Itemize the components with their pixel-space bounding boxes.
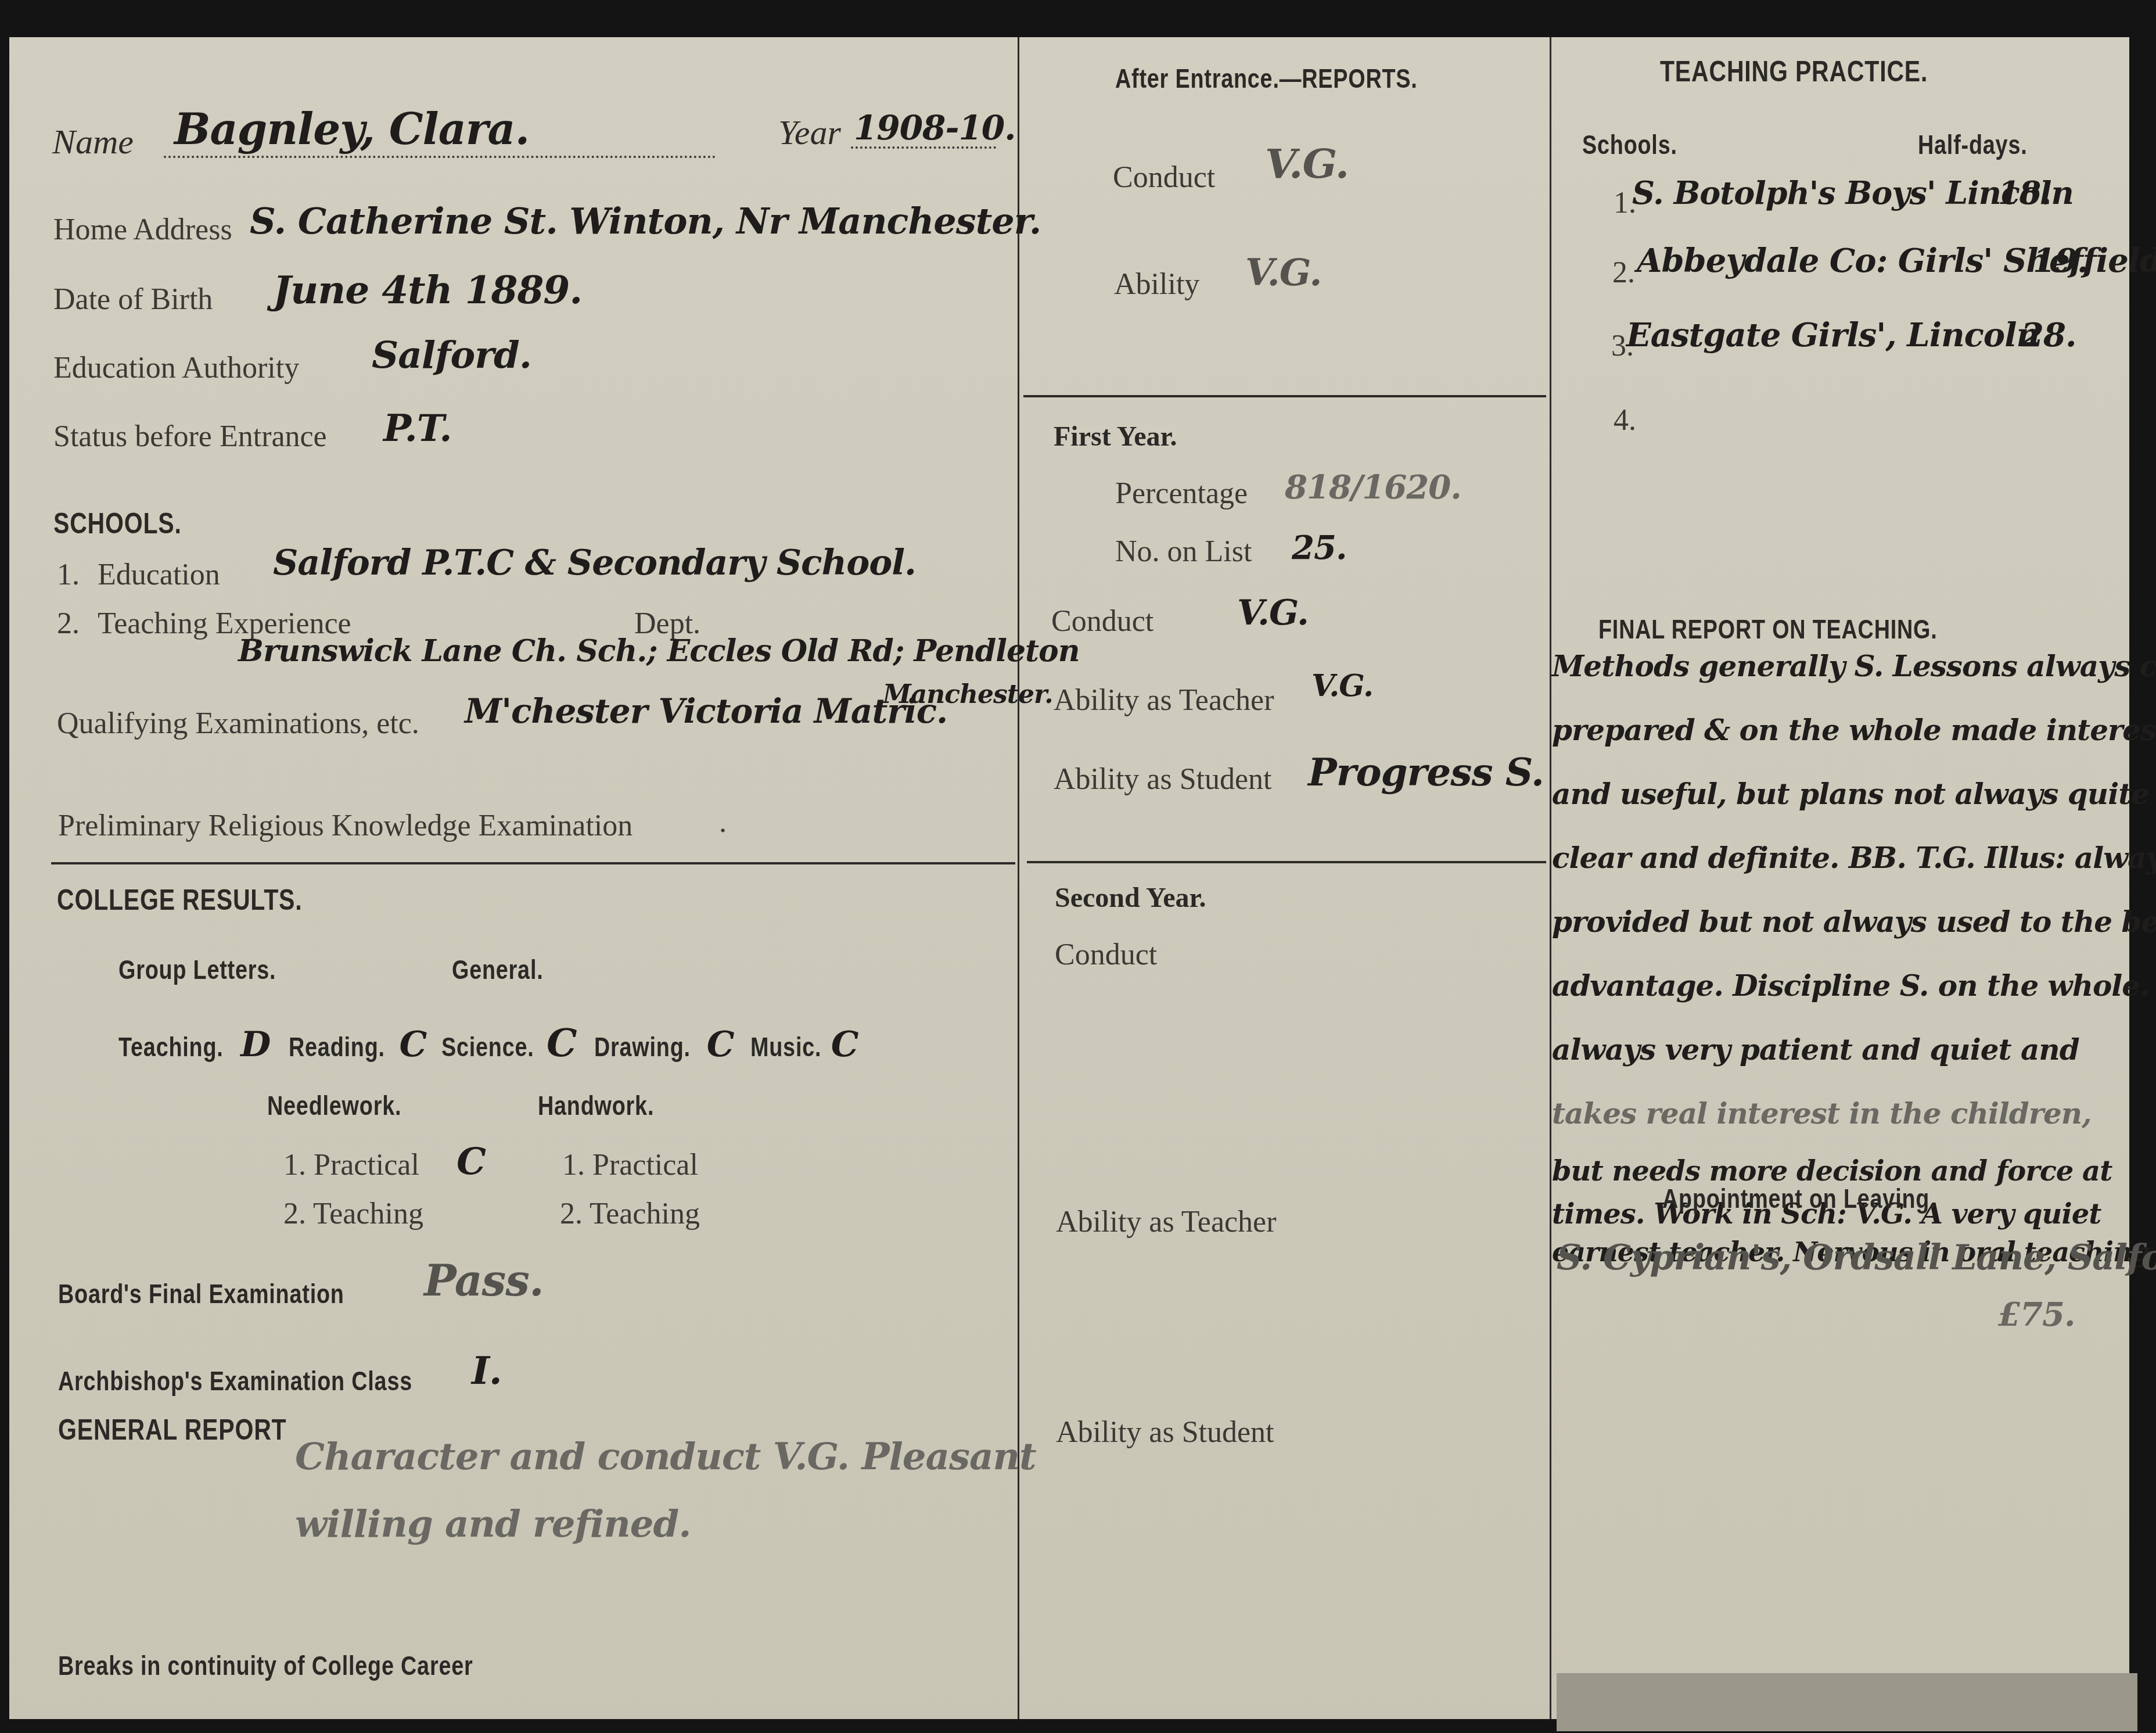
general-label: General. [452,954,544,985]
second-year-ability-teacher-label: Ability as Teacher [1056,1205,1277,1239]
teaching-practice-heading: TEACHING PRACTICE. [1660,55,1928,88]
name-value: Bagnley, Clara. [174,105,529,155]
final-report-line: always very patient and quiet and [1552,1035,2133,1099]
final-report-line: clear and definite. BB. T.G. Illus: alwa… [1552,844,2133,907]
after-entrance-conduct-label: Conduct [1113,160,1215,195]
handwork-label: Handwork. [538,1090,654,1121]
tp-halfdays-label: Half-days. [1918,129,2027,160]
name-dotted-line [164,156,716,158]
subject-music-label: Music. [750,1031,821,1063]
tp-row-halfdays: 19. [2033,242,2087,280]
group-letters-label: Group Letters. [118,954,276,985]
handwork-practical-label: 1. Practical [562,1148,698,1182]
tp-row-num: 4. [1614,403,1636,437]
second-year-heading: Second Year. [1055,882,1206,914]
final-report-line: takes real interest in the children, [1552,1099,2133,1157]
prelim-value: . [719,805,727,839]
first-year-ability-teacher-label: Ability as Teacher [1054,683,1274,717]
first-year-heading: First Year. [1054,421,1177,453]
needlework-practical-label: 1. Practical [283,1148,419,1182]
tp-row-school: Eastgate Girls', Lincoln [1626,316,2039,354]
subject-reading-label: Reading. [289,1031,385,1063]
appointment-value: S. Cyprian's, Ordsall Lane, Salford. [1557,1237,2156,1278]
schools-heading: SCHOOLS. [53,507,182,540]
final-report-line: prepared & on the whole made interesting [1552,716,2133,780]
underlying-sheet [1557,1673,2137,1731]
education-authority-label: Education Authority [53,351,299,385]
dob-label: Date of Birth [53,282,213,317]
subject-science-grade: C [547,1020,577,1065]
college-results-heading: COLLEGE RESULTS. [57,883,302,917]
final-report-body: Methods generally S. Lessons always care… [1552,652,2133,1273]
second-year-conduct-label: Conduct [1055,938,1157,972]
after-entrance-ability-label: Ability [1114,267,1199,302]
qualifying-value: M'chester Victoria Matric. [465,691,947,731]
year-label: Year [778,113,841,153]
teaching-exp-value-line1: Brunswick Lane Ch. Sch.; Eccles Old Rd; … [238,633,1080,669]
status-label: Status before Entrance [53,419,327,454]
handwork-teaching-label: 2. Teaching [560,1197,700,1231]
dob-value: June 4th 1889. [273,267,582,313]
appointment-heading: Appointment on Leaving. [1662,1183,1936,1214]
teaching-exp-num: 2. [57,607,80,641]
qualifying-label: Qualifying Examinations, etc. [57,706,419,741]
home-address-label: Home Address [53,213,232,247]
after-entrance-conduct-value: V.G. [1265,139,1349,188]
needlework-label: Needlework. [267,1090,401,1121]
first-year-conduct-value: V.G. [1237,593,1309,633]
boards-final-value: Pass. [424,1256,544,1306]
first-year-percentage-label: Percentage [1115,476,1248,511]
subject-music-grade: C [831,1024,858,1065]
second-year-ability-student-label: Ability as Student [1056,1415,1274,1449]
general-report-line2: willing and refined. [295,1502,691,1546]
subject-teaching-label: Teaching. [118,1031,224,1063]
first-year-ability-student-value: Progress S. [1308,749,1544,795]
needlework-practical-grade: C [457,1140,486,1183]
appointment-salary: £75. [1998,1296,2075,1334]
first-year-no-on-list-label: No. on List [1115,534,1252,569]
tp-schools-label: Schools. [1582,129,1677,160]
rule-middle-first-year [1023,395,1546,397]
archbishop-value: I. [472,1348,502,1393]
year-value: 1908-10. [854,108,1015,148]
subject-grades-row: Teaching. D Reading. C Science. C Drawin… [118,1020,858,1065]
subject-teaching-grade: D [240,1024,270,1065]
rule-middle-second-year [1027,861,1546,863]
final-report-line: Methods generally S. Lessons always care… [1552,652,2133,716]
tp-row-halfdays: 28. [2021,316,2076,354]
breaks-label: Breaks in continuity of College Career [58,1650,473,1681]
subject-science-label: Science. [441,1031,534,1063]
general-report-heading: GENERAL REPORT [58,1413,286,1447]
final-report-line: advantage. Discipline S. on the whole. I… [1552,971,2133,1035]
first-year-ability-teacher-value: V.G. [1311,668,1373,704]
after-entrance-ability-value: V.G. [1245,251,1321,295]
education-num: 1. [57,558,80,592]
boards-final-label: Board's Final Examination [58,1278,344,1309]
archbishop-label: Archbishop's Examination Class [58,1365,412,1397]
needlework-teaching-label: 2. Teaching [283,1197,423,1231]
home-address-value: S. Catherine St. Winton, Nr Manchester. [250,200,1041,242]
prelim-label: Preliminary Religious Knowledge Examinat… [58,809,633,843]
first-year-percentage-value: 818/1620. [1285,468,1461,507]
subject-drawing-grade: C [707,1024,734,1065]
rule-left-college [51,862,1015,864]
subject-drawing-label: Drawing. [594,1031,691,1063]
tp-row-halfdays: 18. [1998,174,2051,211]
first-year-conduct-label: Conduct [1051,604,1154,638]
status-value: P.T. [383,407,451,450]
subject-reading-grade: C [400,1024,427,1065]
name-label: Name [52,122,134,162]
education-label: Education [98,558,220,592]
tp-row-num: 2. [1612,256,1635,290]
first-year-no-on-list-value: 25. [1292,529,1346,567]
education-value: Salford P.T.C & Secondary School. [273,543,916,583]
education-authority-value: Salford. [372,333,531,377]
final-report-heading: FINAL REPORT ON TEACHING. [1598,613,1938,645]
divider-middle-right [1550,37,1551,1719]
first-year-ability-student-label: Ability as Student [1054,762,1272,796]
after-entrance-heading: After Entrance.—REPORTS. [1115,63,1418,94]
final-report-line: provided but not always used to the best [1552,907,2133,971]
general-report-line1: Character and conduct V.G. Pleasant [295,1435,1036,1479]
final-report-line: and useful, but plans not always quite [1552,780,2133,844]
